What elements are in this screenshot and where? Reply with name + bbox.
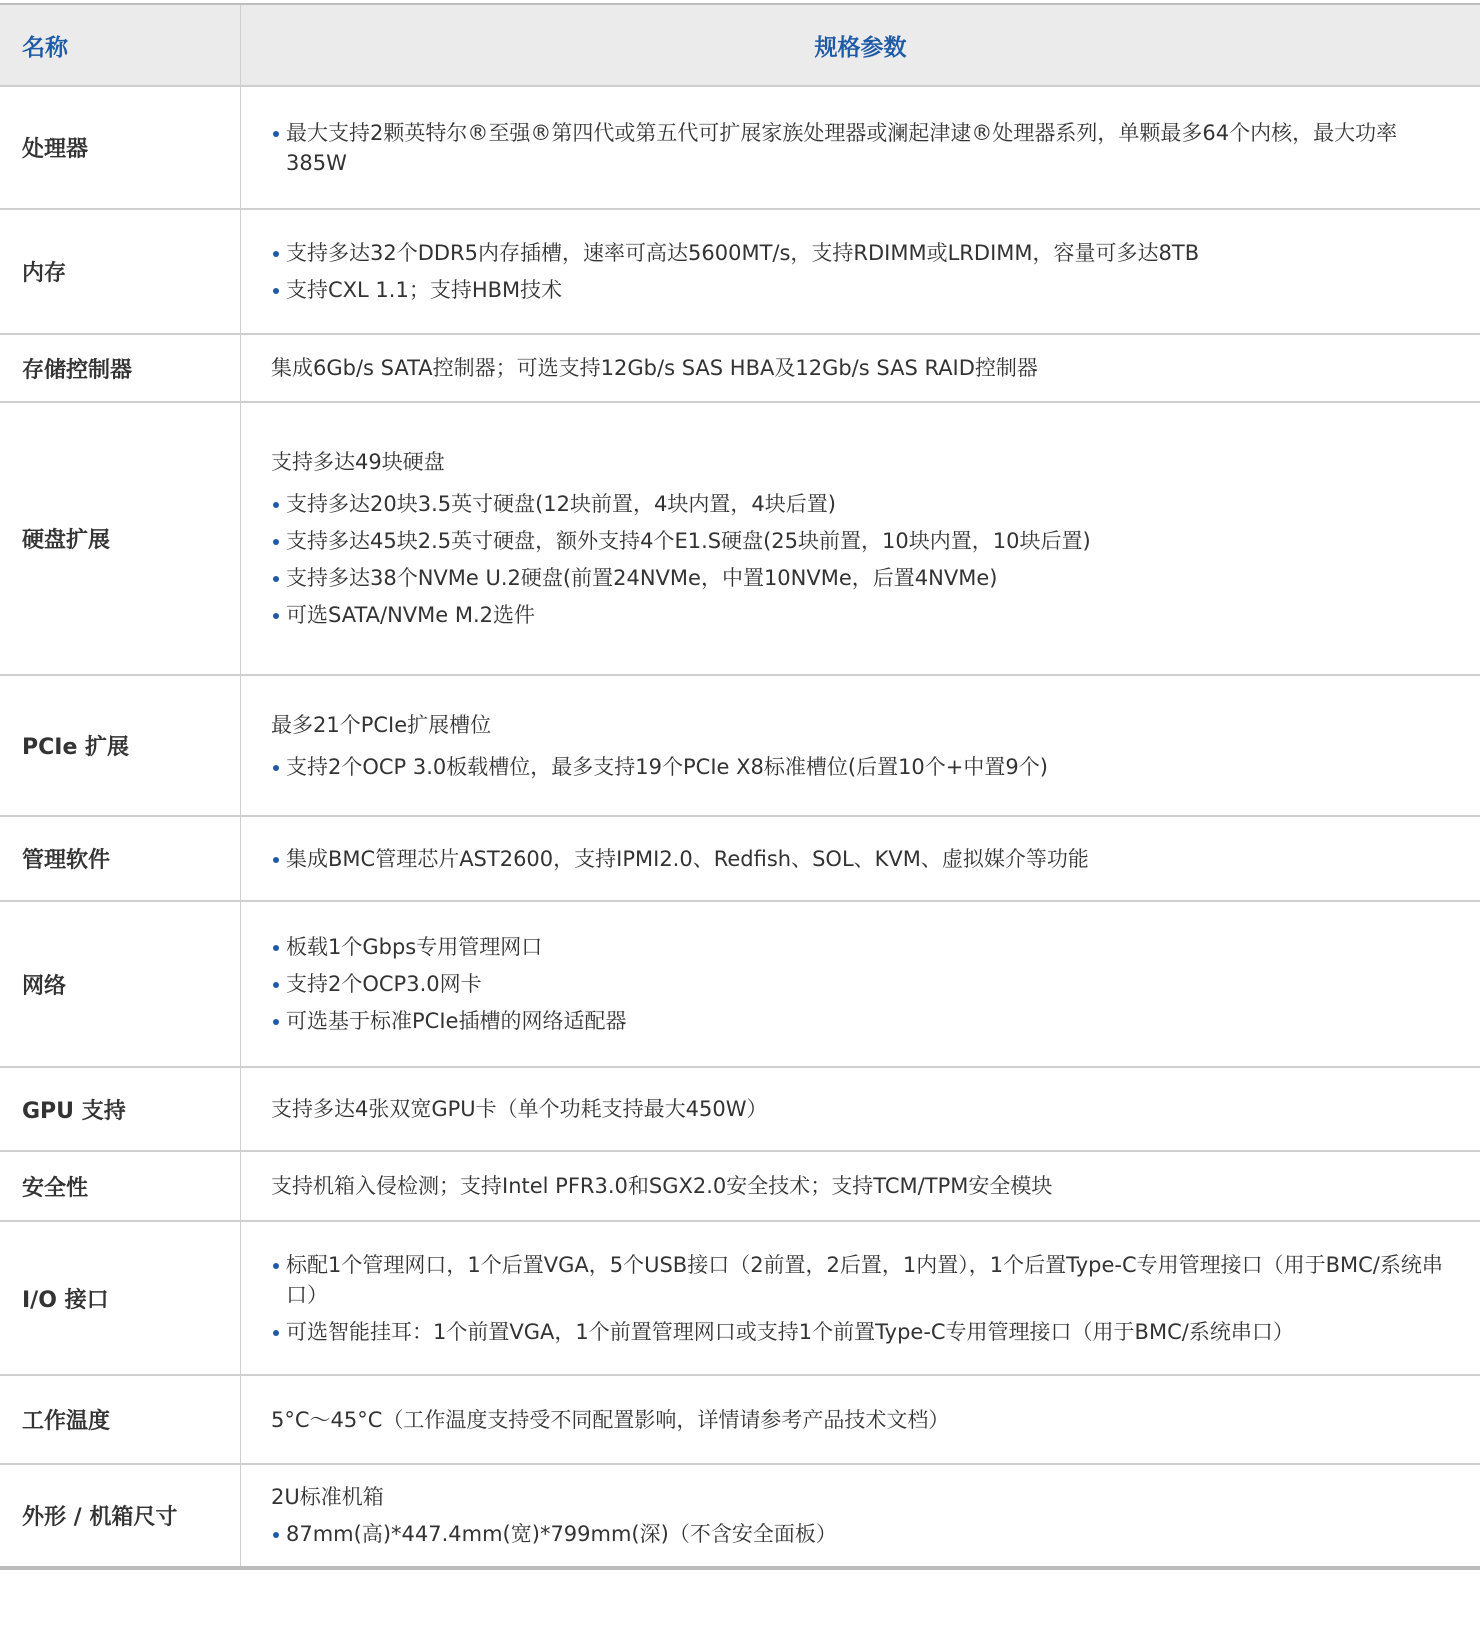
table-row-network: 网络 板载1个Gbps专用管理网口 支持2个OCP3.0网卡 可选基于标准PCI… bbox=[0, 901, 1480, 1067]
table-row-processor: 处理器 最大支持2颗英特尔®至强®第四代或第五代可扩展家族处理器或澜起津逮®处理… bbox=[0, 86, 1480, 209]
row-spec: 支持多达49块硬盘 支持多达20块3.5英寸硬盘(12块前置，4块内置，4块后置… bbox=[241, 402, 1480, 675]
spec-bullet: 支持2个OCP 3.0板载槽位，最多支持19个PCIe X8标准槽位(后置10个… bbox=[271, 752, 1450, 782]
row-label: 存储控制器 bbox=[0, 334, 241, 402]
table-row-io-ports: I/O 接口 标配1个管理网口，1个后置VGA，5个USB接口（2前置，2后置，… bbox=[0, 1221, 1480, 1375]
spec-bullet: 支持CXL 1.1；支持HBM技术 bbox=[271, 275, 1450, 305]
table-row-storage-controller: 存储控制器 集成6Gb/s SATA控制器；可选支持12Gb/s SAS HBA… bbox=[0, 334, 1480, 402]
row-spec: 最多21个PCIe扩展槽位 支持2个OCP 3.0板载槽位，最多支持19个PCI… bbox=[241, 675, 1480, 816]
row-label: 处理器 bbox=[0, 86, 241, 209]
row-label: 安全性 bbox=[0, 1151, 241, 1221]
row-spec: 2U标准机箱 87mm(高)*447.4mm(宽)*799mm(深)（不含安全面… bbox=[241, 1464, 1480, 1568]
row-label: GPU 支持 bbox=[0, 1067, 241, 1151]
row-label: 内存 bbox=[0, 209, 241, 334]
row-spec: 支持机箱入侵检测；支持Intel PFR3.0和SGX2.0安全技术；支持TCM… bbox=[241, 1151, 1480, 1221]
spec-bullet: 支持多达38个NVMe U.2硬盘(前置24NVMe，中置10NVMe，后置4N… bbox=[271, 563, 1450, 593]
row-label: 外形 / 机箱尺寸 bbox=[0, 1464, 241, 1568]
spec-table: 名称 规格参数 处理器 最大支持2颗英特尔®至强®第四代或第五代可扩展家族处理器… bbox=[0, 3, 1480, 1570]
spec-bullet: 支持多达45块2.5英寸硬盘，额外支持4个E1.S硬盘(25块前置，10块内置，… bbox=[271, 526, 1450, 556]
spec-bullet: 支持多达32个DDR5内存插槽，速率可高达5600MT/s，支持RDIMM或LR… bbox=[271, 238, 1450, 268]
table-row-gpu-support: GPU 支持 支持多达4张双宽GPU卡（单个功耗支持最大450W） bbox=[0, 1067, 1480, 1151]
row-label: I/O 接口 bbox=[0, 1221, 241, 1375]
row-label: 硬盘扩展 bbox=[0, 402, 241, 675]
spec-bullet: 支持多达20块3.5英寸硬盘(12块前置，4块内置，4块后置) bbox=[271, 489, 1450, 519]
row-spec: 支持多达32个DDR5内存插槽，速率可高达5600MT/s，支持RDIMM或LR… bbox=[241, 209, 1480, 334]
spec-text: 支持多达4张双宽GPU卡（单个功耗支持最大450W） bbox=[271, 1094, 1450, 1124]
table-row-memory: 内存 支持多达32个DDR5内存插槽，速率可高达5600MT/s，支持RDIMM… bbox=[0, 209, 1480, 334]
spec-text: 集成6Gb/s SATA控制器；可选支持12Gb/s SAS HBA及12Gb/… bbox=[271, 353, 1450, 383]
table-row-disk-expansion: 硬盘扩展 支持多达49块硬盘 支持多达20块3.5英寸硬盘(12块前置，4块内置… bbox=[0, 402, 1480, 675]
spec-bullet: 板载1个Gbps专用管理网口 bbox=[271, 932, 1450, 962]
table-row-pcie-expansion: PCIe 扩展 最多21个PCIe扩展槽位 支持2个OCP 3.0板载槽位，最多… bbox=[0, 675, 1480, 816]
row-label: 网络 bbox=[0, 901, 241, 1067]
table-row-management-software: 管理软件 集成BMC管理芯片AST2600，支持IPMI2.0、Redfish、… bbox=[0, 816, 1480, 901]
column-header-spec: 规格参数 bbox=[241, 4, 1480, 86]
row-spec: 板载1个Gbps专用管理网口 支持2个OCP3.0网卡 可选基于标准PCIe插槽… bbox=[241, 901, 1480, 1067]
spec-bullet: 支持2个OCP3.0网卡 bbox=[271, 969, 1450, 999]
spec-text: 支持多达49块硬盘 bbox=[271, 447, 1450, 477]
row-spec: 集成BMC管理芯片AST2600，支持IPMI2.0、Redfish、SOL、K… bbox=[241, 816, 1480, 901]
row-spec: 最大支持2颗英特尔®至强®第四代或第五代可扩展家族处理器或澜起津逮®处理器系列，… bbox=[241, 86, 1480, 209]
table-header-row: 名称 规格参数 bbox=[0, 4, 1480, 86]
spec-text: 5°C～45°C（工作温度支持受不同配置影响，详情请参考产品技术文档） bbox=[271, 1405, 1450, 1435]
spec-text: 最多21个PCIe扩展槽位 bbox=[271, 710, 1450, 740]
table-row-operating-temperature: 工作温度 5°C～45°C（工作温度支持受不同配置影响，详情请参考产品技术文档） bbox=[0, 1375, 1480, 1464]
row-label: 管理软件 bbox=[0, 816, 241, 901]
row-label: PCIe 扩展 bbox=[0, 675, 241, 816]
row-spec: 5°C～45°C（工作温度支持受不同配置影响，详情请参考产品技术文档） bbox=[241, 1375, 1480, 1464]
column-header-name: 名称 bbox=[0, 4, 241, 86]
row-spec: 标配1个管理网口，1个后置VGA，5个USB接口（2前置，2后置，1内置），1个… bbox=[241, 1221, 1480, 1375]
spec-bullet: 87mm(高)*447.4mm(宽)*799mm(深)（不含安全面板） bbox=[271, 1519, 1450, 1549]
spec-bullet: 可选SATA/NVMe M.2选件 bbox=[271, 600, 1450, 630]
spec-bullet: 可选基于标准PCIe插槽的网络适配器 bbox=[271, 1006, 1450, 1036]
table-row-security: 安全性 支持机箱入侵检测；支持Intel PFR3.0和SGX2.0安全技术；支… bbox=[0, 1151, 1480, 1221]
spec-text: 支持机箱入侵检测；支持Intel PFR3.0和SGX2.0安全技术；支持TCM… bbox=[271, 1171, 1450, 1201]
spec-bullet: 最大支持2颗英特尔®至强®第四代或第五代可扩展家族处理器或澜起津逮®处理器系列，… bbox=[271, 118, 1450, 178]
spec-bullet: 集成BMC管理芯片AST2600，支持IPMI2.0、Redfish、SOL、K… bbox=[271, 844, 1450, 874]
spec-bullet: 可选智能挂耳：1个前置VGA，1个前置管理网口或支持1个前置Type-C专用管理… bbox=[271, 1317, 1450, 1347]
row-spec: 支持多达4张双宽GPU卡（单个功耗支持最大450W） bbox=[241, 1067, 1480, 1151]
table-row-form-factor: 外形 / 机箱尺寸 2U标准机箱 87mm(高)*447.4mm(宽)*799m… bbox=[0, 1464, 1480, 1568]
row-label: 工作温度 bbox=[0, 1375, 241, 1464]
spec-text: 2U标准机箱 bbox=[271, 1482, 1450, 1512]
row-spec: 集成6Gb/s SATA控制器；可选支持12Gb/s SAS HBA及12Gb/… bbox=[241, 334, 1480, 402]
spec-bullet: 标配1个管理网口，1个后置VGA，5个USB接口（2前置，2后置，1内置），1个… bbox=[271, 1250, 1450, 1310]
